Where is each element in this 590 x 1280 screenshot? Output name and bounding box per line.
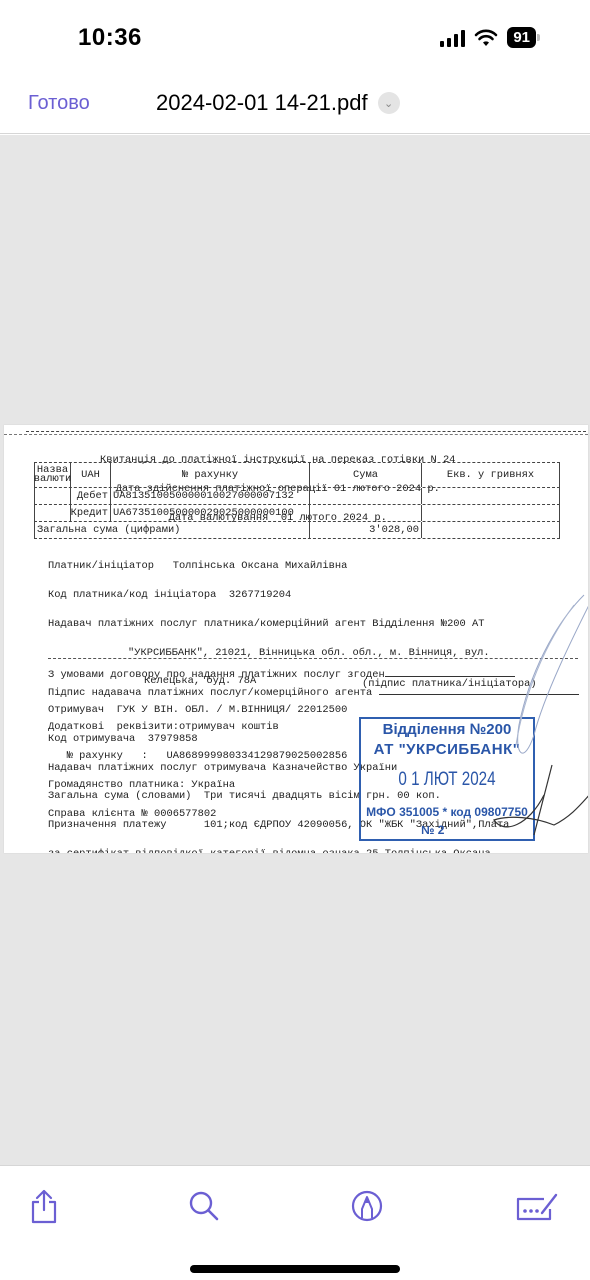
table-cell xyxy=(310,505,422,521)
additional-details: Додаткові реквізити:отримувач коштів № р… xyxy=(48,704,347,838)
done-button[interactable]: Готово xyxy=(28,92,90,115)
table-cell xyxy=(422,522,560,538)
agent-signature: Підпис надавача платіжних послуг/комерці… xyxy=(48,689,579,699)
table-row: Дебет UA813510050000010027000007132 xyxy=(34,488,560,505)
column-header: № рахунку xyxy=(111,463,310,487)
total-label: Загальна сума (цифрами) xyxy=(34,522,310,538)
column-header: Назва валюти xyxy=(34,463,71,487)
stamp-branch: Відділення №200 xyxy=(361,721,533,738)
wifi-icon xyxy=(474,29,498,47)
payer: Платник/ініціатор Толпінська Оксана Миха… xyxy=(48,562,509,572)
bottom-toolbar xyxy=(0,1165,590,1280)
column-header: UAH xyxy=(71,463,111,487)
stamp-mfo: МФО 351005 * код 09807750 xyxy=(361,805,533,819)
payer-citizenship: Громадянство платника: Україна xyxy=(48,781,347,791)
payment-purpose-cont: за сертифікат відповідкої категорії,відо… xyxy=(48,850,509,853)
debit-account: UA813510050000010027000007132 xyxy=(111,488,310,504)
table-cell xyxy=(422,488,560,504)
table-cell: Кредит xyxy=(71,505,111,521)
payer-code: Код платника/код ініціатора 3267719204 xyxy=(48,591,509,601)
table-row: Кредит UA673510050000029025000000100 xyxy=(34,505,560,522)
markup-button[interactable] xyxy=(345,1184,389,1228)
column-header: Екв. у гривнях xyxy=(422,463,560,487)
divider xyxy=(26,431,586,432)
status-icons: 91 xyxy=(440,27,540,48)
signature-icon xyxy=(514,1189,560,1223)
payer-signature-line xyxy=(385,676,515,677)
stamp-number: № 2 xyxy=(421,823,444,837)
agent-signature-line xyxy=(379,694,579,695)
divider xyxy=(4,434,588,435)
table-cell xyxy=(310,488,422,504)
nav-bar: Готово 2024-02-01 14-21.pdf ⌄ xyxy=(0,78,590,134)
share-button[interactable] xyxy=(22,1184,66,1228)
table-header-row: Назва валюти UAH № рахунку Сума Екв. у г… xyxy=(34,462,560,488)
cellular-signal-icon xyxy=(440,29,465,47)
share-icon xyxy=(29,1188,59,1224)
signature-button[interactable] xyxy=(512,1184,562,1228)
battery-level: 91 xyxy=(507,27,536,48)
agent-signature-text: Підпис надавача платіжних послуг/комерці… xyxy=(48,687,372,699)
stamp-date: 0 1 ЛЮТ 2024 xyxy=(378,769,516,791)
bank-stamp: Відділення №200 АТ "УКРСИББАНК" 0 1 ЛЮТ … xyxy=(359,717,535,841)
column-header: Сума xyxy=(310,463,422,487)
stamp-bank: АТ "УКРСИББАНК" xyxy=(361,741,533,758)
payer-provider: Надавач платіжних послуг платника/комерц… xyxy=(48,620,509,630)
pdf-page: Квитанція до платіжної інструкції на пер… xyxy=(4,425,588,853)
document-title[interactable]: 2024-02-01 14-21.pdf ⌄ xyxy=(156,90,400,116)
payer-provider-address: "УКРСИББАНК", 21021, Вінницька обл. обл.… xyxy=(48,649,509,659)
table-cell xyxy=(34,488,71,504)
table-total-row: Загальна сума (цифрами) 3'028,00 xyxy=(34,522,560,539)
additional-requisites: Додаткові реквізити:отримувач коштів xyxy=(48,723,347,733)
document-title-text: 2024-02-01 14-21.pdf xyxy=(156,90,368,116)
table-cell: Дебет xyxy=(71,488,111,504)
divider xyxy=(48,658,578,659)
status-time: 10:36 xyxy=(78,24,142,52)
accounts-table: Назва валюти UAH № рахунку Сума Екв. у г… xyxy=(34,462,560,539)
search-icon xyxy=(187,1189,221,1223)
search-button[interactable] xyxy=(182,1184,226,1228)
battery-icon: 91 xyxy=(507,27,540,48)
client-case-number: Справа клієнта № 0006577802 xyxy=(48,810,347,820)
recipient-account: № рахунку : UA86899998033412987902500285… xyxy=(48,752,347,762)
chevron-down-icon[interactable]: ⌄ xyxy=(378,92,400,114)
table-cell xyxy=(422,505,560,521)
agreement-text: З умовами договору про надання платіжних… xyxy=(48,669,385,681)
total-value: 3'028,00 xyxy=(310,522,422,538)
table-cell xyxy=(34,505,71,521)
home-indicator[interactable] xyxy=(190,1265,400,1273)
credit-account: UA673510050000029025000000100 xyxy=(111,505,310,521)
markup-pen-icon xyxy=(350,1189,384,1223)
status-bar: 10:36 91 xyxy=(0,0,590,78)
document-viewer[interactable]: Квитанція до платіжної інструкції на пер… xyxy=(0,135,590,1165)
